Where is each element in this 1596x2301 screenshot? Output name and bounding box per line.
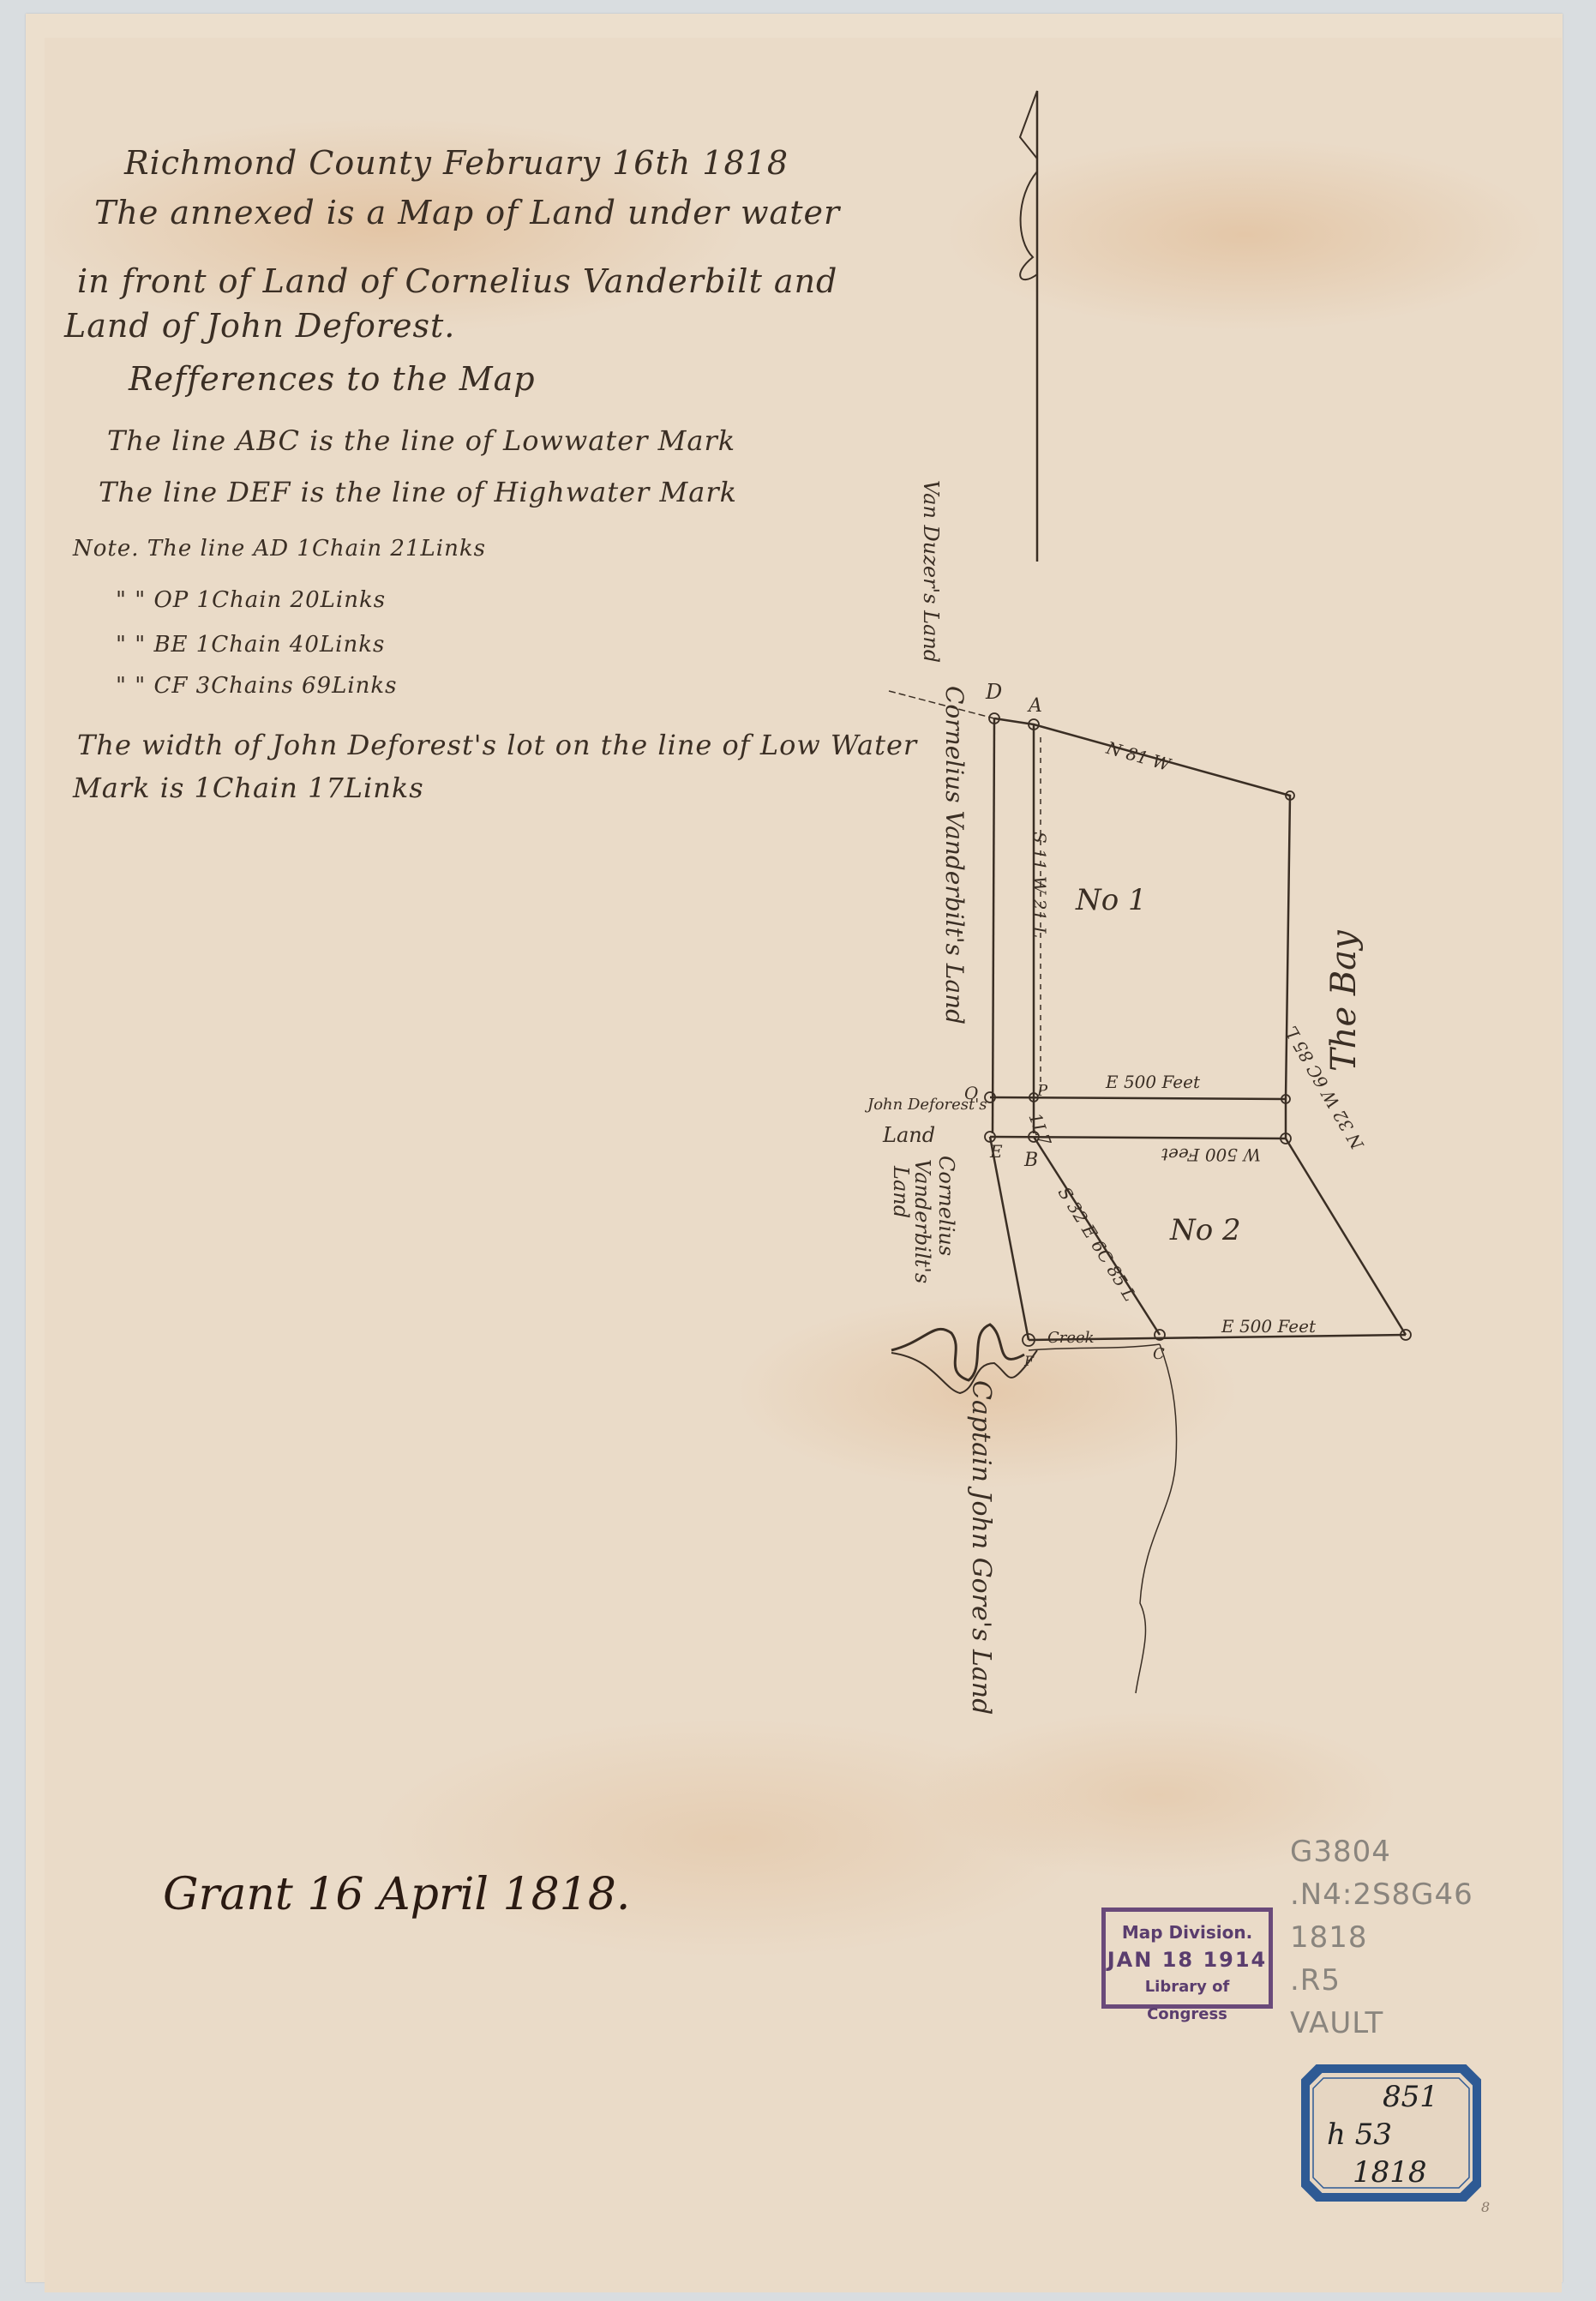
gore-land-label: Captain John Gore's Land [966,1380,996,1715]
north-arrow-head-icon [1020,91,1037,159]
the-bay-label: The Bay [1324,930,1364,1072]
point-p-label: P [1036,1082,1048,1100]
call-number-line: G3804 [1290,1830,1473,1873]
point-f-label: F [1023,1353,1035,1369]
lot-1-label: No 1 [1076,883,1147,917]
call-number-line: VAULT [1290,2002,1473,2045]
point-d-label: D [985,680,1002,704]
library-of-congress-stamp: Map Division. JAN 18 1914 Library of Con… [1101,1907,1273,2009]
call-number-line: 1818 [1290,1916,1473,1959]
stamp-date: JAN 18 1914 [1106,1946,1269,1974]
creek-label: Creek [1047,1329,1095,1347]
point-a-label: A [1027,695,1042,717]
bearing-ap: S 11 W 21 L [1029,832,1050,938]
vanderbilt-land-upper-label: Cornelius Vanderbilt's Land [940,686,969,1024]
call-number-line: .N4:2S8G46 [1290,1873,1473,1916]
point-b-label: B [1023,1150,1038,1171]
shelf-label: 851 h 53 1818 [1301,2064,1481,2202]
shelf-label-line-2: h 53 [1327,2118,1392,2152]
point-e-label: E [989,1141,1003,1162]
stamp-line-3: Library of Congress [1106,1974,1269,2028]
shelf-label-line-3: 1818 [1353,2155,1427,2190]
call-number-line: .R5 [1290,1959,1473,2002]
van-duzer-land-label: Van Duzer's Land [919,480,943,663]
lot-2-label: No 2 [1170,1213,1241,1247]
vanderbilt-lower-label-2: Vanderbilt's [910,1159,934,1283]
vanderbilt-lower-label-1: Cornelius [934,1156,958,1256]
deforest-land-label-1: John Deforest's [867,1096,987,1114]
stamp-line-1: Map Division. [1106,1919,1269,1946]
point-c-label: C [1153,1345,1165,1363]
deforest-land-label-2: Land [883,1123,935,1147]
north-arrow-ornament-icon [1020,171,1037,279]
bearing-bottom: E 500 Feet [1221,1316,1316,1337]
bearing-eb: W 500 Feet [1161,1144,1261,1165]
call-number: G3804 .N4:2S8G46 1818 .R5 VAULT [1290,1830,1473,2045]
bearing-op: E 500 Feet [1106,1072,1200,1092]
grant-annotation: Grant 16 April 1818. [163,1869,630,1920]
shelf-label-line-1: 851 [1383,2080,1438,2114]
vanderbilt-lower-label-3: Land [889,1166,913,1218]
corner-mark: 8 [1481,2199,1490,2215]
